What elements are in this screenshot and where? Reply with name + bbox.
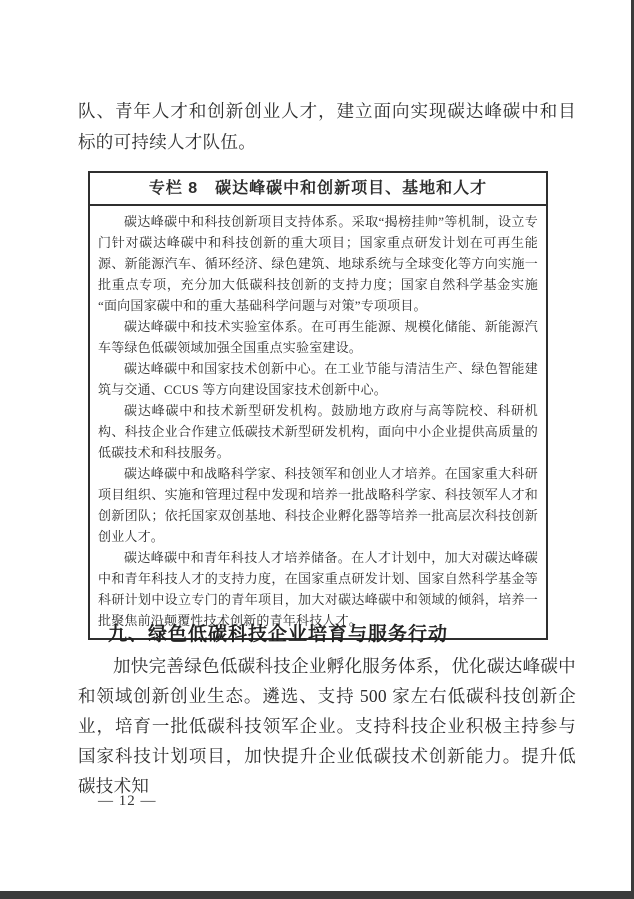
box-paragraph: 碳达峰碳中和技术新型研发机构。鼓励地方政府与高等院校、科研机构、科技企业合作建立… [98, 400, 538, 463]
section-paragraph: 加快完善绿色低碳科技企业孵化服务体系，优化碳达峰碳中和领域创新创业生态。遴选、支… [78, 651, 576, 801]
column-box-title: 专栏 8 碳达峰碳中和创新项目、基地和人才 [90, 173, 546, 206]
section-heading: 九、绿色低碳科技企业培育与服务行动 [108, 622, 448, 648]
intro-paragraph: 队、青年人才和创新创业人才，建立面向实现碳达峰碳中和目标的可持续人才队伍。 [78, 96, 576, 158]
box-paragraph: 碳达峰碳中和技术实验室体系。在可再生能源、规模化储能、新能源汽车等绿色低碳领域加… [98, 316, 538, 358]
box-paragraph: 碳达峰碳中和国家技术创新中心。在工业节能与清洁生产、绿色智能建筑与交通、CCUS… [98, 358, 538, 400]
scan-edge-bottom [0, 891, 634, 899]
box-paragraph: 碳达峰碳中和战略科学家、科技领军和创业人才培养。在国家重大科研项目组织、实施和管… [98, 463, 538, 547]
box-paragraph: 碳达峰碳中和青年科技人才培养储备。在人才计划中，加大对碳达峰碳中和青年科技人才的… [98, 547, 538, 631]
box-paragraph: 碳达峰碳中和科技创新项目支持体系。采取“揭榜挂帅”等机制，设立专门针对碳达峰碳中… [98, 211, 538, 316]
document-page: 队、青年人才和创新创业人才，建立面向实现碳达峰碳中和目标的可持续人才队伍。 专栏… [0, 0, 634, 899]
page-number: — 12 — [98, 793, 157, 810]
column-box: 专栏 8 碳达峰碳中和创新项目、基地和人才 碳达峰碳中和科技创新项目支持体系。采… [88, 171, 548, 640]
column-box-body: 碳达峰碳中和科技创新项目支持体系。采取“揭榜挂帅”等机制，设立专门针对碳达峰碳中… [90, 206, 546, 638]
